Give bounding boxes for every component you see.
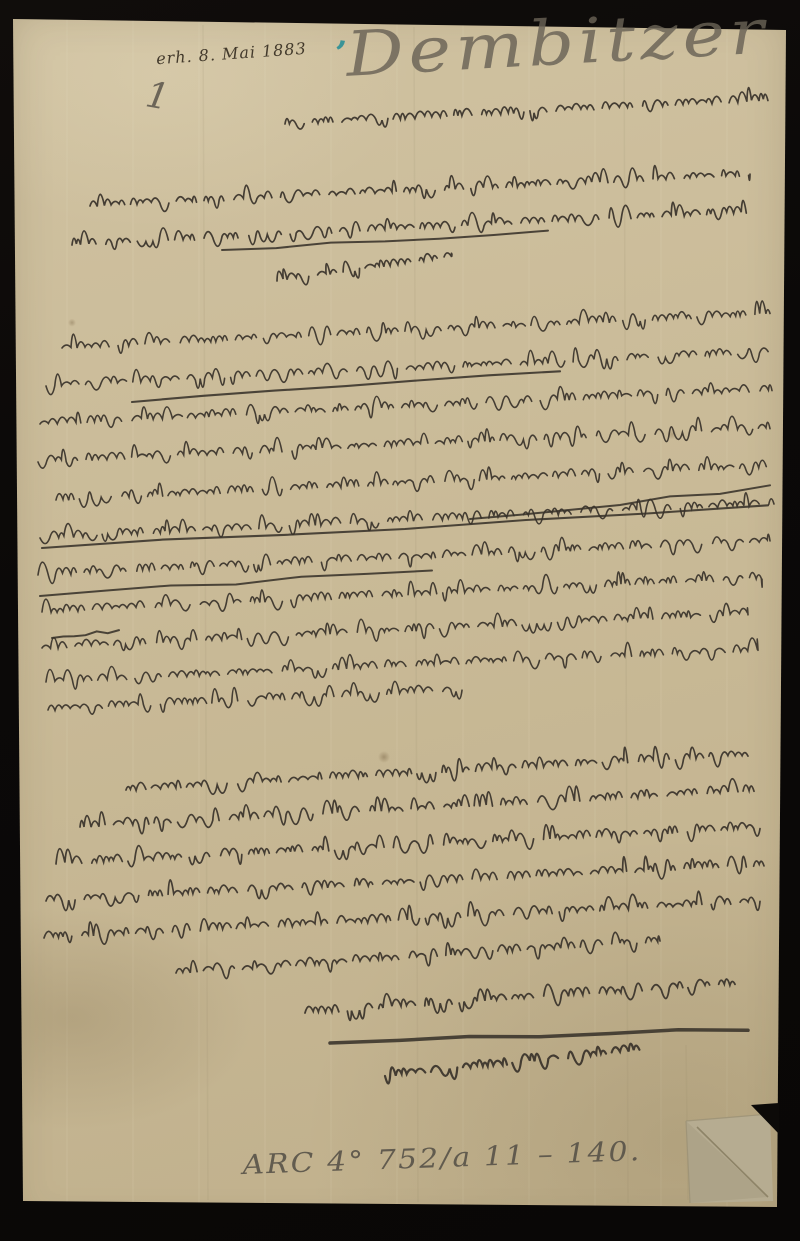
underline-body-underline-5 — [52, 630, 119, 638]
handwritten-line-body1-8 — [42, 572, 762, 613]
handwritten-line-body2-6 — [176, 932, 660, 978]
handwriting-layer — [0, 0, 800, 1241]
signature-rule — [330, 1030, 748, 1043]
handwritten-line-body2-4 — [46, 856, 764, 910]
handwritten-line-body1-4 — [38, 416, 770, 468]
handwritten-line-body1-1 — [62, 301, 770, 353]
handwritten-line-body1-6 — [40, 493, 774, 544]
handwritten-line-body1-9 — [42, 603, 748, 650]
underline-body-underline-4 — [40, 571, 432, 597]
handwritten-line-salutation-3 — [277, 253, 452, 285]
handwritten-line-signature — [385, 1044, 639, 1084]
handwritten-line-body1-11 — [48, 681, 462, 714]
handwritten-line-closing — [305, 979, 735, 1020]
handwritten-line-body1-2 — [46, 348, 768, 395]
corner-fold — [686, 1103, 779, 1203]
handwritten-line-body2-1 — [126, 747, 748, 795]
handwritten-line-salutation-1 — [90, 166, 750, 212]
handwritten-line-body1-5 — [56, 457, 766, 507]
handwritten-line-dateline — [285, 88, 768, 129]
handwritten-line-body1-3 — [40, 383, 772, 427]
handwritten-strokes — [38, 88, 774, 1084]
underline-body-underline-3 — [42, 505, 768, 548]
underline-salutation-underline — [222, 231, 548, 250]
scanned-letter-page: erh. 8. Mai 1883 ’ Dembitzer 1 ARC 4° 75… — [0, 0, 800, 1241]
handwritten-line-body1-10 — [46, 638, 758, 689]
handwritten-line-salutation-2 — [72, 201, 746, 250]
handwritten-line-body2-5 — [44, 891, 760, 944]
paper-creases — [203, 25, 688, 1203]
